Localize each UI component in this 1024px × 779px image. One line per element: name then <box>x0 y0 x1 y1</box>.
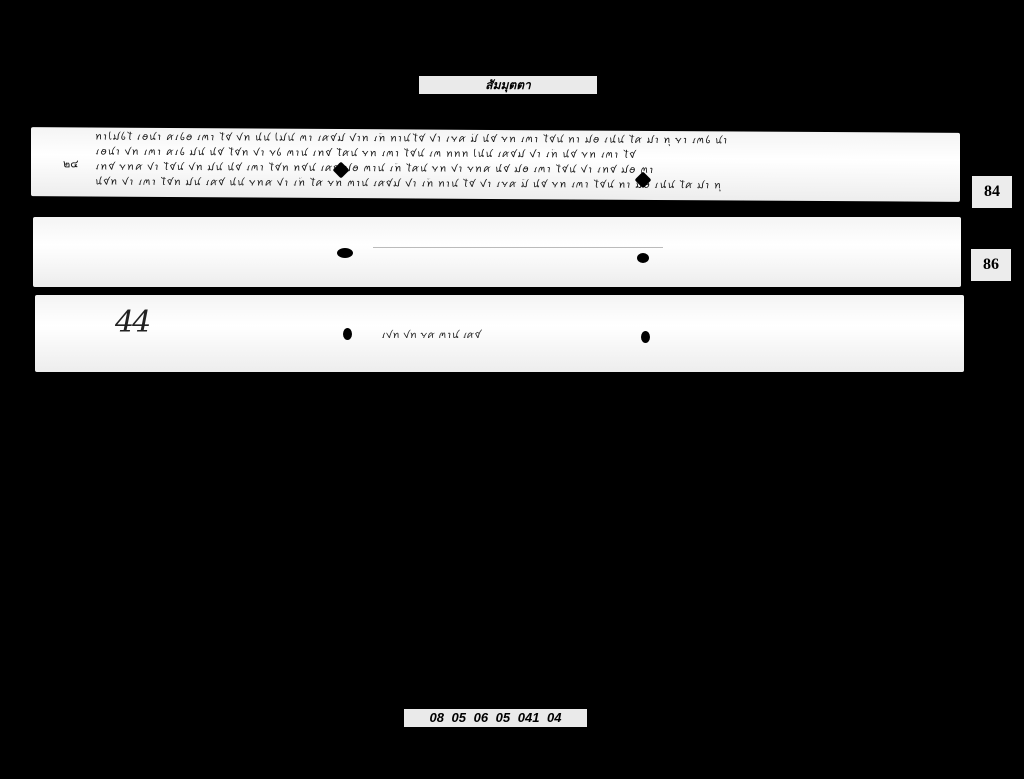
script-line-1: ꪀꪱꪶꪣꪉꪻ ꪹꪮꪙꪱ ꪁꪹꪉꪮ ꪹꪔꪱ ꪻꪥ ꪚꪀ ꪊꪙ ꪶꪣꪙ ꪔꪱ ꪹꪁꪥ… <box>95 132 955 148</box>
page-tag-86: 86 <box>971 249 1011 281</box>
leaf-margin-number: ๒๔ <box>63 154 79 172</box>
binding-hole-icon <box>337 248 353 258</box>
palm-leaf-2 <box>33 217 961 287</box>
binding-hole-icon <box>343 328 352 340</box>
handwritten-folio-number: 44 <box>115 305 149 340</box>
scratch-mark <box>373 247 663 248</box>
manuscript-title-label: สัมมุตตา <box>419 76 597 94</box>
binding-hole-icon <box>641 331 650 343</box>
catalog-id-label: 08 05 06 05 041 04 <box>404 709 587 727</box>
leaf-inscription: ꪹꪚꪀ ꪚꪀ ꪩꪁ ꪔꪱꪙ ꪹꪁꪥ <box>381 325 481 346</box>
script-line-3: ꪹꪀꪥ ꪩꪀꪁ ꪚꪱ ꪻꪥꪙ ꪚꪀ ꪣꪙ ꪊꪥ ꪹꪔꪱ ꪻꪥꪀ ꪀꪥꪙ ꪹꪁꪥ … <box>95 162 955 178</box>
script-line-4: ꪊꪥꪀ ꪚꪱ ꪹꪔꪱ ꪻꪥꪀ ꪣꪙ ꪹꪁꪥ ꪊꪙ ꪩꪀꪁ ꪚꪱ ꪹꪀꪾ ꪻꪁ ꪩ… <box>95 177 955 193</box>
script-line-2: ꪹꪮꪙꪱ ꪚꪀ ꪹꪔꪱ ꪁꪹꪉ ꪣꪙ ꪊꪥ ꪻꪥꪀ ꪚꪱ ꪩꪉ ꪔꪱꪙ ꪹꪀꪥ … <box>95 147 955 163</box>
page-tag-84: 84 <box>972 176 1012 208</box>
palm-leaf-3: 44 ꪹꪚꪀ ꪚꪀ ꪩꪁ ꪔꪱꪙ ꪹꪁꪥ <box>35 295 964 372</box>
binding-hole-icon <box>637 253 649 263</box>
palm-leaf-1: ๒๔ ꪀꪱꪶꪣꪉꪻ ꪹꪮꪙꪱ ꪁꪹꪉꪮ ꪹꪔꪱ ꪻꪥ ꪚꪀ ꪊꪙ ꪶꪣꪙ ꪔꪱ … <box>31 127 960 202</box>
